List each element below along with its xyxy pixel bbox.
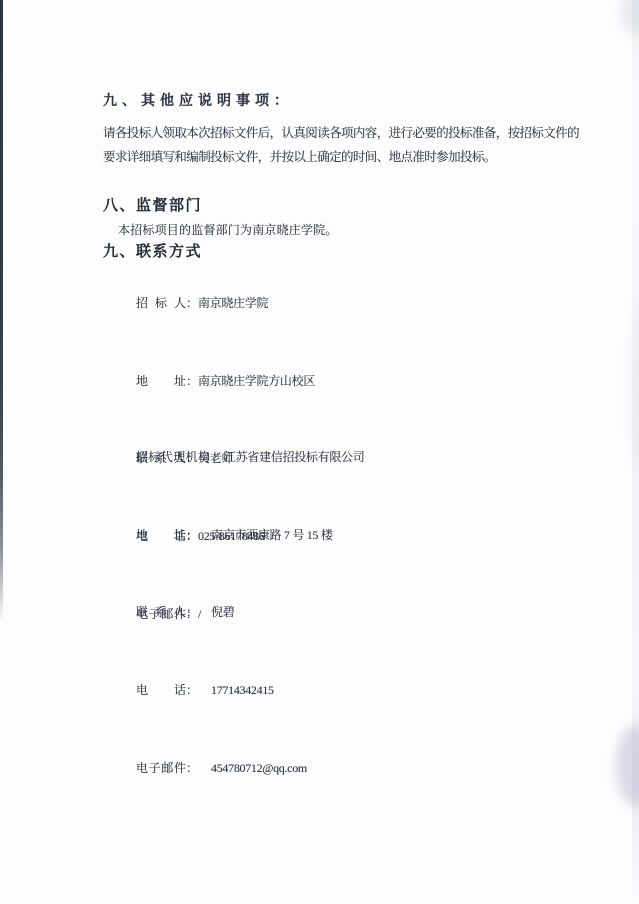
colon: ：: [186, 296, 198, 310]
contact-row-agency-address: 地址：南京市西康路 7 号 15 楼: [118, 497, 364, 575]
field-value: 17714342415: [198, 683, 274, 697]
contact-row-agency-name: 招标代理机构：江苏省建信招投标有限公司: [118, 419, 364, 497]
scan-artifact-left-edge-line: [0, 0, 3, 622]
colon: ：: [186, 528, 198, 542]
contact-row-tenderer-address: 地址：南京晓庄学院方山校区: [118, 343, 315, 421]
field-value: 454780712@qq.com: [198, 761, 307, 775]
field-label: 地址: [136, 369, 186, 395]
field-label: 联系人: [136, 600, 186, 626]
field-label: 招标人: [136, 291, 186, 317]
field-value: 南京晓庄学院: [198, 296, 268, 310]
agency-contact-block: 招标代理机构：江苏省建信招投标有限公司 地址：南京市西康路 7 号 15 楼 联…: [118, 419, 364, 808]
other-notes-paragraph-line-1: 请各投标人领取本次招标文件后，认真阅读各项内容，进行必要的投标准备，按招标文件的: [103, 126, 579, 140]
field-label: 招标代理机构: [136, 445, 212, 471]
field-value: 倪碧: [198, 605, 234, 619]
supervision-body-text: 本招标项目的监督部门为南京晓庄学院。: [118, 224, 338, 238]
field-label: 电话: [136, 678, 186, 704]
colon: ：: [186, 605, 198, 619]
field-value: 南京晓庄学院方山校区: [198, 374, 315, 388]
scanned-document-page: 九、其他应说明事项： 请各投标人领取本次招标文件后，认真阅读各项内容，进行必要的…: [0, 0, 639, 904]
other-notes-paragraph-line-2: 要求详细填写和编制投标文件，并按以上确定的时间、地点准时参加投标。: [103, 150, 496, 164]
scan-smudge-bottom-right: [616, 726, 639, 806]
field-label: 地址: [136, 523, 186, 549]
contact-row-agency-phone: 电话：17714342415: [118, 652, 364, 730]
section-title-other-notes: 九、其他应说明事项：: [103, 94, 293, 110]
section-heading-supervision: 八、监督部门: [103, 198, 202, 215]
section-heading-contact: 九、联系方式: [103, 244, 202, 261]
contact-row-agency-email: 电子邮件：454780712@qq.com: [118, 730, 364, 808]
contact-row-tenderer-name: 招标人：南京晓庄学院: [118, 265, 315, 343]
colon: ：: [186, 761, 198, 775]
field-label: 电子邮件: [136, 756, 186, 782]
contact-row-agency-person: 联系人：倪碧: [118, 574, 364, 652]
colon: ：: [186, 683, 198, 697]
field-value: 南京市西康路 7 号 15 楼: [198, 528, 333, 542]
colon: ：: [212, 450, 224, 464]
field-value: 江苏省建信招投标有限公司: [224, 450, 364, 464]
scan-smudge-top-right: [621, 0, 639, 34]
colon: ：: [186, 374, 198, 388]
